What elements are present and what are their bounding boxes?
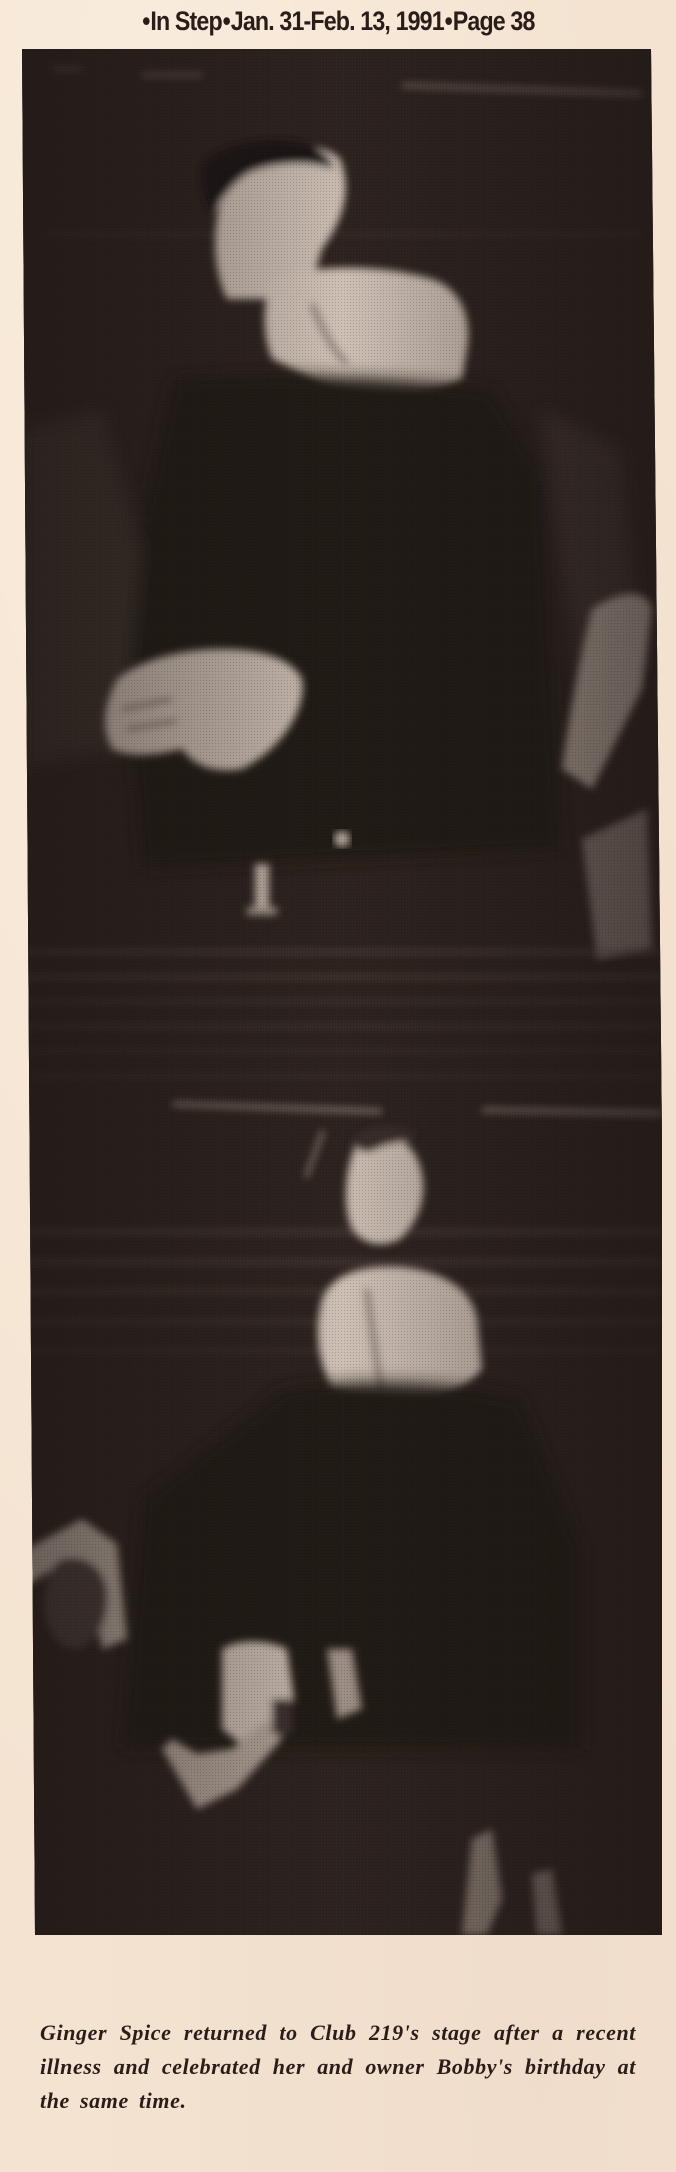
separator-bullet: • [142,6,149,36]
issue-dates: Jan. 31-Feb. 13, 1991 [231,6,444,36]
page-number: Page 38 [453,6,535,36]
publication-name: In Step [150,6,221,36]
photo-illustration [22,49,662,1935]
separator-bullet: • [445,6,452,36]
separator-bullet: • [223,6,230,36]
photo-caption: Ginger Spice returned to Club 219's stag… [40,2016,636,2118]
masthead: •In Step•Jan. 31-Feb. 13, 1991•Page 38 [47,6,628,37]
performance-photo [22,49,662,1935]
